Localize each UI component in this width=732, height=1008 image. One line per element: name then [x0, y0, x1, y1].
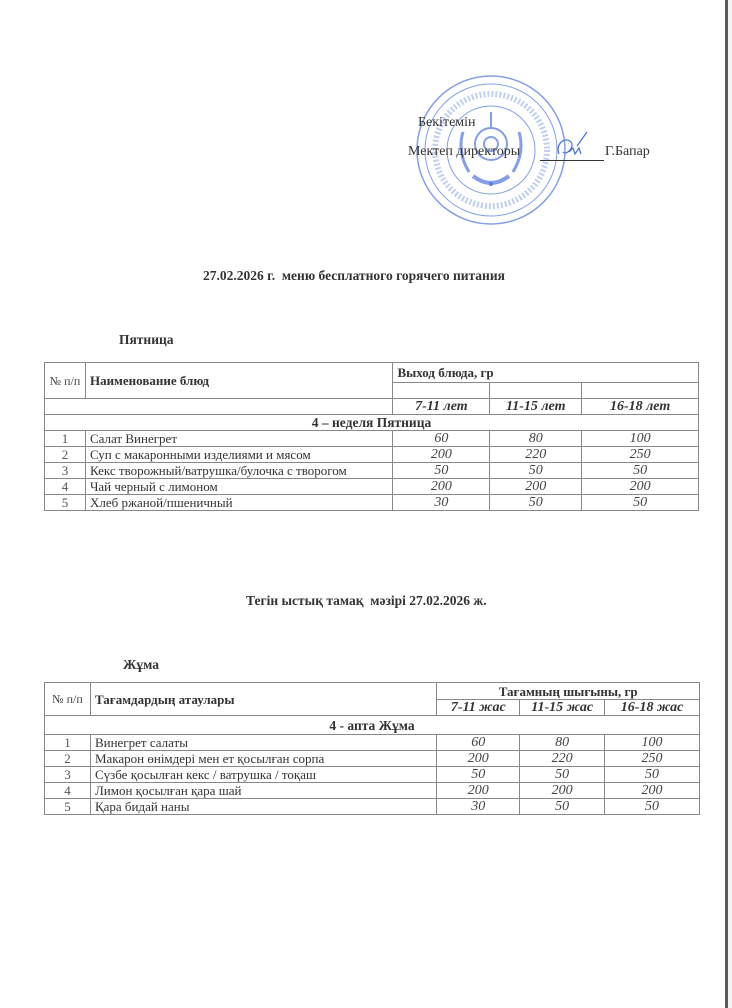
age-header: 11-15 жас	[520, 700, 605, 716]
portion-value: 50	[520, 799, 605, 815]
dish-name: Кекс творожный/ватрушка/булочка с творог…	[85, 463, 393, 479]
day-label-ru: Пятница	[119, 332, 174, 348]
portion-value: 200	[490, 479, 582, 495]
menu-table-ru: № п/п Наименование блюд Выход блюда, гр …	[44, 362, 699, 511]
row-number: 2	[45, 447, 86, 463]
col-header-name: Тағамдардың атаулары	[90, 683, 436, 716]
portion-value: 60	[393, 431, 490, 447]
dish-name: Қара бидай наны	[90, 799, 436, 815]
age-header: 16-18 жас	[605, 700, 700, 716]
scan-margin	[728, 0, 732, 1008]
portion-value: 220	[490, 447, 582, 463]
empty-cell	[45, 399, 393, 415]
dish-name: Лимон қосылған қара шай	[90, 783, 436, 799]
table-row: 5Хлеб ржаной/пшеничный305050	[45, 495, 699, 511]
portion-value: 50	[582, 463, 699, 479]
row-number: 5	[45, 495, 86, 511]
table-row: 2Суп с макаронными изделиями и мясом2002…	[45, 447, 699, 463]
portion-value: 200	[393, 479, 490, 495]
age-header: 7-11 лет	[393, 399, 490, 415]
row-number: 4	[45, 783, 91, 799]
portion-value: 50	[437, 767, 520, 783]
signature-icon	[553, 130, 589, 162]
row-number: 3	[45, 767, 91, 783]
table-row: 1Винегрет салаты6080100	[45, 735, 700, 751]
table-row: 4Лимон қосылған қара шай200200200	[45, 783, 700, 799]
portion-value: 200	[393, 447, 490, 463]
dish-name: Суп с макаронными изделиями и мясом	[85, 447, 393, 463]
portion-value: 50	[520, 767, 605, 783]
dish-name: Чай черный с лимоном	[85, 479, 393, 495]
week-label: 4 - апта Жұма	[45, 716, 700, 735]
age-header: 11-15 лет	[490, 399, 582, 415]
portion-value: 200	[437, 751, 520, 767]
table-row: 3Сүзбе қосылған кекс / ватрушка / тоқаш5…	[45, 767, 700, 783]
portion-value: 200	[605, 783, 700, 799]
portion-value: 80	[520, 735, 605, 751]
portion-value: 30	[393, 495, 490, 511]
portion-value: 80	[490, 431, 582, 447]
age-header: 7-11 жас	[437, 700, 520, 716]
row-number: 5	[45, 799, 91, 815]
table-row: 4Чай черный с лимоном200200200	[45, 479, 699, 495]
table-row: 1Салат Винегрет6080100	[45, 431, 699, 447]
portion-value: 200	[437, 783, 520, 799]
portion-value: 200	[582, 479, 699, 495]
table-row: 5Қара бидай наны305050	[45, 799, 700, 815]
row-number: 1	[45, 431, 86, 447]
portion-value: 50	[393, 463, 490, 479]
dish-name: Винегрет салаты	[90, 735, 436, 751]
portion-value: 250	[605, 751, 700, 767]
row-number: 3	[45, 463, 86, 479]
dish-name: Сүзбе қосылған кекс / ватрушка / тоқаш	[90, 767, 436, 783]
portion-value: 50	[490, 495, 582, 511]
col-header-number: № п/п	[45, 363, 86, 399]
portion-value: 30	[437, 799, 520, 815]
portion-value: 50	[605, 799, 700, 815]
menu-title-ru: 27.02.2026 г. меню бесплатного горячего …	[203, 268, 505, 284]
portion-value: 50	[582, 495, 699, 511]
dish-name: Салат Винегрет	[85, 431, 393, 447]
portion-value: 250	[582, 447, 699, 463]
dish-name: Макарон өнімдері мен ет қосылған сорпа	[90, 751, 436, 767]
age-header: 16-18 лет	[582, 399, 699, 415]
portion-value: 50	[605, 767, 700, 783]
table-row: 2Макарон өнімдері мен ет қосылған сорпа2…	[45, 751, 700, 767]
director-name: Г.Бапар	[605, 144, 650, 160]
week-label: 4 – неделя Пятница	[45, 415, 699, 431]
menu-table-kz: № п/п Тағамдардың атаулары Тағамның шығы…	[44, 682, 700, 815]
col-header-name: Наименование блюд	[85, 363, 393, 399]
portion-value: 100	[582, 431, 699, 447]
portion-value: 200	[520, 783, 605, 799]
menu-title-kz: Тегін ыстық тамақ мәзірі 27.02.2026 ж.	[246, 593, 487, 609]
row-number: 1	[45, 735, 91, 751]
col-header-number: № п/п	[45, 683, 91, 716]
portion-value: 100	[605, 735, 700, 751]
approval-label: Бекітемін	[418, 115, 476, 131]
empty-cell	[393, 383, 490, 399]
empty-cell	[490, 383, 582, 399]
portion-value: 220	[520, 751, 605, 767]
table-row: 3Кекс творожный/ватрушка/булочка с творо…	[45, 463, 699, 479]
row-number: 2	[45, 751, 91, 767]
portion-value: 50	[490, 463, 582, 479]
col-header-yield: Тағамның шығыны, гр	[437, 683, 700, 700]
empty-cell	[582, 383, 699, 399]
dish-name: Хлеб ржаной/пшеничный	[85, 495, 393, 511]
director-label: Мектеп директоры	[408, 144, 520, 160]
day-label-kz: Жұма	[123, 657, 159, 673]
row-number: 4	[45, 479, 86, 495]
portion-value: 60	[437, 735, 520, 751]
col-header-yield: Выход блюда, гр	[393, 363, 699, 383]
